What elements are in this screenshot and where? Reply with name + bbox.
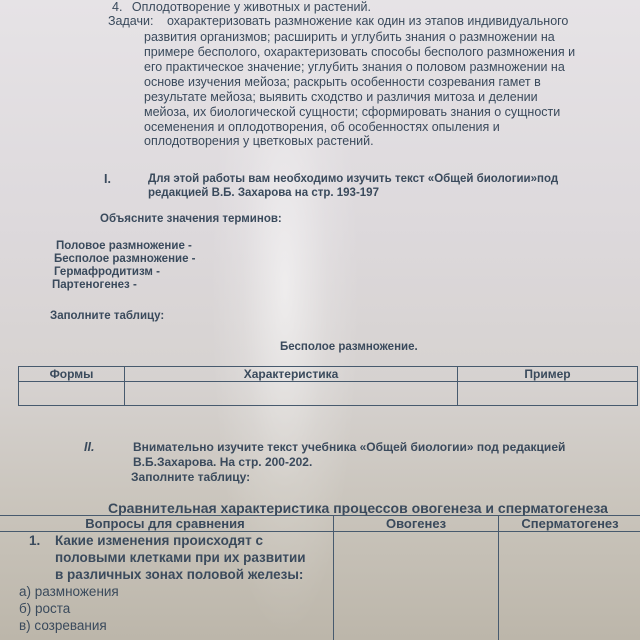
question-line: половыми клетками при их развитии	[55, 549, 306, 566]
term-item: Партеногенез -	[52, 279, 137, 292]
header-forms: Формы	[19, 367, 125, 382]
topic-title: Оплодотворение у животных и растений.	[132, 0, 371, 14]
sub-item: б) роста	[7, 600, 333, 617]
section2-number: II.	[84, 440, 94, 455]
header-characteristic: Характеристика	[125, 367, 458, 382]
tasks-line: оплодотворения у цветковых растений.	[144, 134, 374, 149]
tasks-line: основе изучения мейоза; раскрыть особенн…	[144, 75, 541, 90]
term-item: Половое размножение -	[56, 240, 192, 253]
comparison-table-title: Сравнительная характеристика процессов о…	[108, 500, 608, 516]
tasks-line: примере бесполого, охарактеризовать спос…	[144, 45, 575, 60]
tasks-line: его практическое значение; углубить знан…	[144, 60, 565, 75]
topic-heading: 4. Оплодотворение у животных и растений.	[112, 0, 371, 15]
section2-line2: В.Б.Захарова. На стр. 200-202.	[133, 455, 312, 470]
question-line: Какие изменения происходят с	[55, 532, 306, 549]
tasks-line: развития организмов; расширить и углубит…	[144, 30, 555, 45]
characteristic-cell[interactable]	[125, 382, 458, 406]
section1-line1: Для этой работы вам необходимо изучить т…	[148, 172, 558, 187]
topic-number: 4.	[112, 0, 122, 14]
sub-item: в) созревания	[7, 617, 333, 634]
fill-table-label-1: Заполните таблицу:	[50, 309, 164, 324]
comparison-table: Вопросы для сравнения Овогенез Сперматог…	[0, 515, 640, 640]
question-1: 1. Какие изменения происходят с половыми…	[7, 532, 333, 583]
question-cell: 1. Какие изменения происходят с половыми…	[0, 532, 334, 640]
explain-terms-label: Объясните значения терминов:	[100, 212, 282, 227]
term-item: Бесполое размножение -	[54, 253, 196, 266]
tasks-line: мейоза, их биологической сущности; сформ…	[144, 105, 560, 120]
header-comparison-questions: Вопросы для сравнения	[0, 516, 334, 532]
fill-table-label-2: Заполните таблицу:	[131, 470, 250, 485]
question-number: 1.	[7, 532, 55, 583]
tasks-line: осеменения и оплодотворения, об особенно…	[144, 120, 500, 135]
oogenesis-answer-cell[interactable]	[334, 532, 499, 640]
section1-number: I.	[104, 172, 111, 187]
section2-line1: Внимательно изучите текст учебника «Обще…	[133, 440, 565, 455]
example-cell[interactable]	[458, 382, 638, 406]
term-item: Гермафродитизм -	[54, 266, 160, 279]
asexual-reproduction-table: Формы Характеристика Пример	[18, 366, 638, 406]
header-spermatogenesis: Сперматогенез	[499, 516, 640, 532]
tasks-line: результате мейоза; выявить сходство и ра…	[144, 90, 538, 105]
question-line: в различных зонах половой железы:	[55, 566, 306, 583]
header-example: Пример	[458, 367, 638, 382]
forms-cell[interactable]	[19, 382, 125, 406]
tasks-label: Задачи:	[108, 14, 153, 29]
header-oogenesis: Овогенез	[334, 516, 499, 532]
section1-line2: редакцией В.Б. Захарова на стр. 193-197	[148, 186, 379, 201]
spermatogenesis-answer-cell[interactable]	[499, 532, 640, 640]
tasks-line: охарактеризовать размножение как один из…	[167, 14, 568, 29]
asexual-table-title: Бесполое размножение.	[280, 340, 418, 355]
sub-item: а) размножения	[7, 583, 333, 600]
